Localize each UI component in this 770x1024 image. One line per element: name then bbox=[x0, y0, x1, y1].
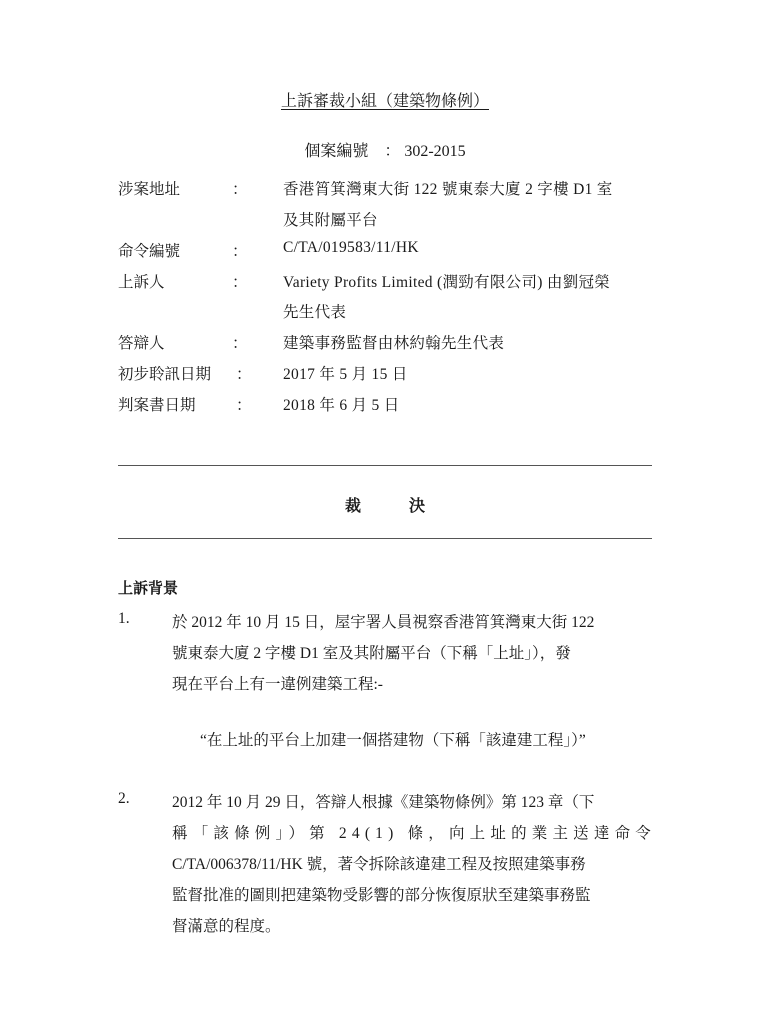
field-value-appellant-line2: 先生代表 bbox=[283, 300, 346, 322]
divider-top bbox=[118, 465, 652, 466]
field-label-order-number: 命令編號 bbox=[118, 239, 180, 261]
field-colon: ： bbox=[232, 270, 248, 292]
field-value-judgment-date: 2018 年 6 月 5 日 bbox=[283, 393, 400, 415]
case-number: 個案編號 ： 302-2015 bbox=[0, 138, 770, 161]
field-label-hearing-date: 初步聆訊日期 bbox=[118, 362, 211, 384]
field-value-hearing-date: 2017 年 5 月 15 日 bbox=[283, 362, 408, 384]
field-label-appellant: 上訴人 bbox=[118, 270, 165, 292]
field-value-address-line2: 及其附屬平台 bbox=[283, 208, 378, 230]
document-title: 上訴審裁小組（建築物條例） bbox=[0, 88, 770, 111]
case-number-sep: ： bbox=[384, 143, 400, 160]
field-value-respondent: 建築事務監督由林約翰先生代表 bbox=[283, 331, 504, 353]
section-title-background: 上訴背景 bbox=[118, 577, 178, 598]
paragraph-number: 1. bbox=[118, 610, 130, 628]
decision-heading: 裁決 bbox=[0, 493, 770, 516]
paragraph-1-line: 現在平台上有一違例建築工程:- bbox=[172, 672, 383, 694]
paragraph-1-line: 號東泰大廈 2 字樓 D1 室及其附屬平台（下稱「上址」），發 bbox=[172, 641, 571, 663]
field-label-judgment-date: 判案書日期 bbox=[118, 393, 196, 415]
field-label-address: 涉案地址 bbox=[118, 177, 180, 199]
field-colon: ： bbox=[236, 362, 252, 384]
paragraph-1-line: 於 2012 年 10 月 15 日，屋宇署人員視察香港筲箕灣東大街 122 bbox=[172, 610, 594, 632]
field-colon: ： bbox=[236, 393, 252, 415]
paragraph-2-line: 稱「該條例」）第 24(1) 條，向上址的業主送達命令 bbox=[172, 821, 656, 843]
field-value-address-line1: 香港筲箕灣東大街 122 號東泰大廈 2 字樓 D1 室 bbox=[283, 177, 613, 199]
paragraph-2-line: C/TA/006378/11/HK 號，著令拆除該違建工程及按照建築事務 bbox=[172, 852, 586, 874]
paragraph-1-quote: “在上址的平台上加建一個搭建物（下稱「該違建工程」）” bbox=[200, 728, 586, 750]
field-colon: ： bbox=[232, 239, 248, 261]
paragraph-number: 2. bbox=[118, 790, 130, 808]
field-value-order-number: C/TA/019583/11/HK bbox=[283, 239, 419, 257]
field-colon: ： bbox=[232, 177, 248, 199]
case-number-value: 302-2015 bbox=[404, 143, 465, 160]
divider-bottom bbox=[118, 538, 652, 539]
paragraph-2-line: 2012 年 10 月 29 日，答辯人根據《建築物條例》第 123 章（下 bbox=[172, 790, 594, 812]
paragraph-2-line: 督滿意的程度。 bbox=[172, 914, 281, 936]
field-value-appellant-line1: Variety Profits Limited (潤勁有限公司) 由劉冠榮 bbox=[283, 270, 610, 292]
case-number-label: 個案編號 bbox=[304, 143, 368, 160]
paragraph-2-line: 監督批准的圖則把建築物受影響的部分恢復原狀至建築事務監 bbox=[172, 883, 591, 905]
field-colon: ： bbox=[232, 331, 248, 353]
field-label-respondent: 答辯人 bbox=[118, 331, 165, 353]
